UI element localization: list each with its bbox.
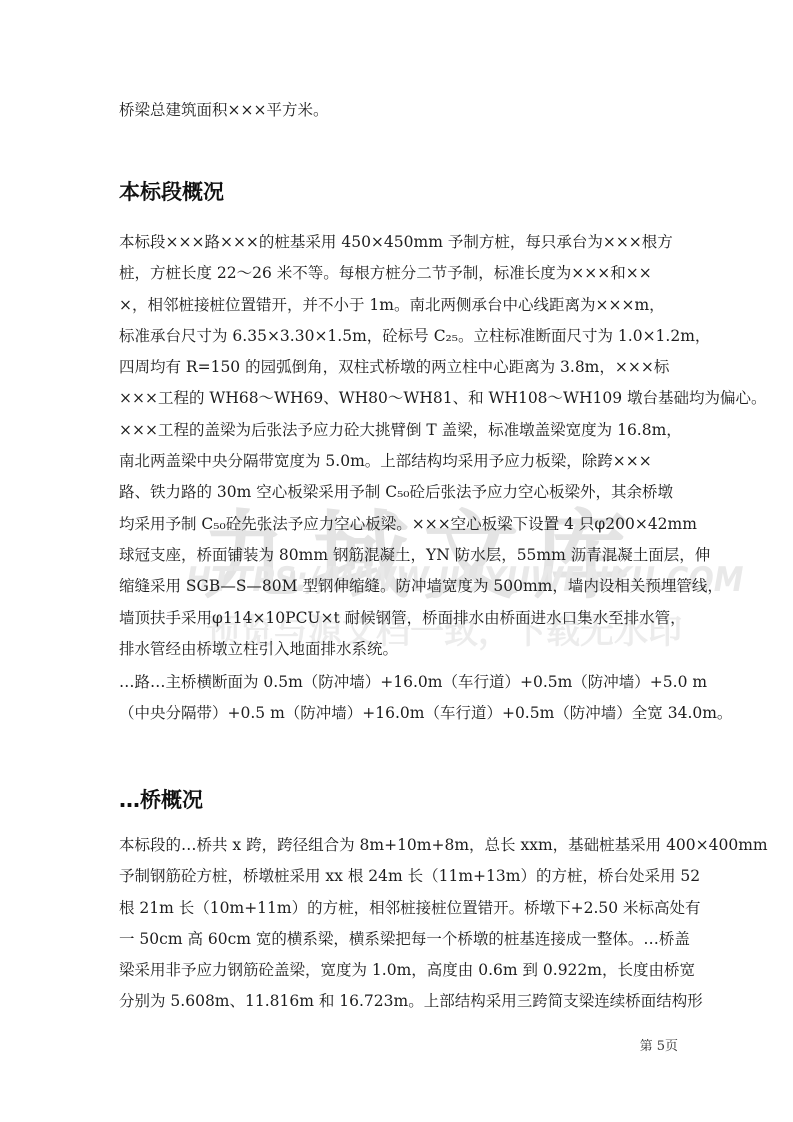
section1-paragraph2: …路…主桥横断面为 0.5m（防冲墙）+16.0m（车行道）+0.5m（防冲墙）… — [119, 667, 783, 730]
intro-paragraph: 桥梁总建筑面积×××平方米。 — [119, 95, 783, 126]
page-number: 第 5页 — [119, 1039, 678, 1055]
section2-heading: …桥概况 — [119, 788, 203, 813]
document-content: 桥梁总建筑面积×××平方米。 本标段概况 本标段×××路×××的桩基采用 450… — [0, 0, 793, 1122]
section1-paragraph1: 本标段×××路×××的桩基采用 450×450mm 予制方桩，每只承台为×××根… — [119, 227, 783, 665]
section1-heading: 本标段概况 — [119, 180, 224, 205]
section2-paragraph1: 本标段的…桥共 x 跨，跨径组合为 8m+10m+8m，总长 xxm，基础桩基采… — [119, 830, 783, 1018]
document-page: 九域文库 HTTPS://WWW.JIUYUWENKU.COM 预览与源文档一致… — [0, 0, 793, 1122]
